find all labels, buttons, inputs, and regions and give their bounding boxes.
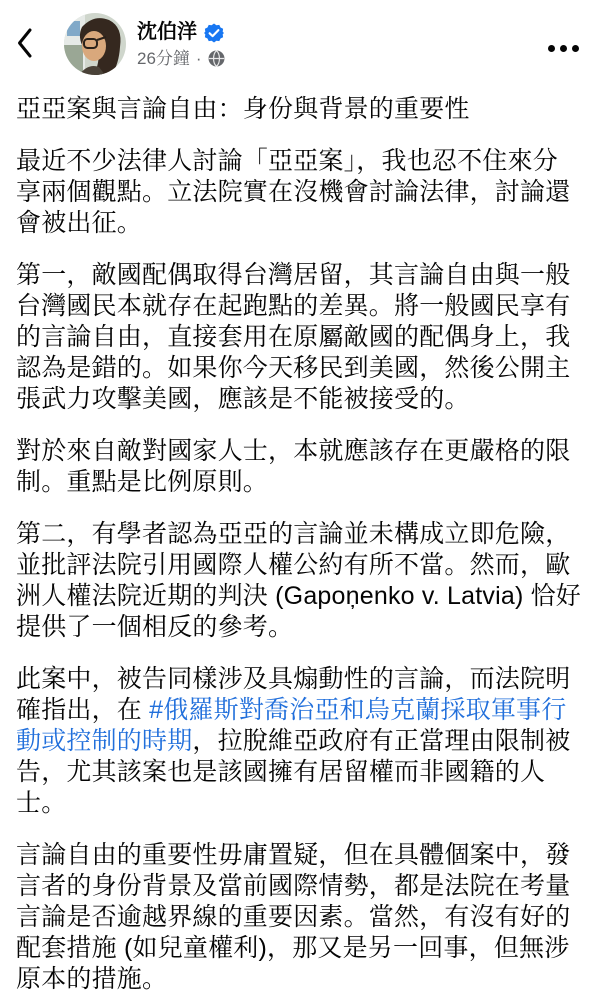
chevron-left-icon: [16, 27, 33, 62]
back-button[interactable]: [16, 13, 50, 75]
name-row: 沈伯洋: [137, 20, 225, 45]
meta-separator: ·: [196, 48, 202, 69]
ellipsis-icon: [560, 45, 567, 52]
ellipsis-icon: [548, 45, 555, 52]
post-paragraph: 第一，敵國配偶取得台灣居留，其言論自由與一般台灣國民本就存在起跑點的差異。將一般…: [16, 260, 583, 415]
identity-block: 沈伯洋 26分鐘 ·: [137, 13, 225, 69]
avatar-photo: [64, 13, 126, 75]
post-title: 亞亞案與言論自由：身份與背景的重要性: [16, 94, 583, 125]
timestamp: 26分鐘: [137, 48, 190, 69]
more-options-button[interactable]: [544, 41, 583, 56]
post-paragraph: 對於來自敵對國家人士，本就應該存在更嚴格的限制。重點是比例原則。: [16, 436, 583, 498]
post-header: 沈伯洋 26分鐘 ·: [0, 0, 599, 75]
profile-name[interactable]: 沈伯洋: [137, 20, 197, 45]
post-paragraph: 第二，有學者認為亞亞的言論並未構成立即危險，並批評法院引用國際人權公約有所不當。…: [16, 519, 583, 643]
post-paragraph: 此案中，被告同樣涉及具煽動性的言論，而法院明確指出，在 #俄羅斯對喬治亞和烏克蘭…: [16, 664, 583, 819]
post-paragraph: 最近不少法律人討論「亞亞案」，我也忍不住來分享兩個觀點。立法院實在沒機會討論法律…: [16, 146, 583, 239]
post-meta: 26分鐘 ·: [137, 48, 225, 69]
globe-privacy-icon: [208, 50, 225, 67]
verified-badge-icon: [204, 23, 224, 43]
facebook-post-screen: 沈伯洋 26分鐘 ·: [0, 0, 599, 1000]
post-body: 亞亞案與言論自由：身份與背景的重要性 最近不少法律人討論「亞亞案」，我也忍不住來…: [0, 75, 599, 995]
post-paragraph: 言論自由的重要性毋庸置疑，但在具體個案中，發言者的身份背景及當前國際情勢，都是法…: [16, 840, 583, 995]
ellipsis-icon: [572, 45, 579, 52]
avatar[interactable]: [64, 13, 126, 75]
